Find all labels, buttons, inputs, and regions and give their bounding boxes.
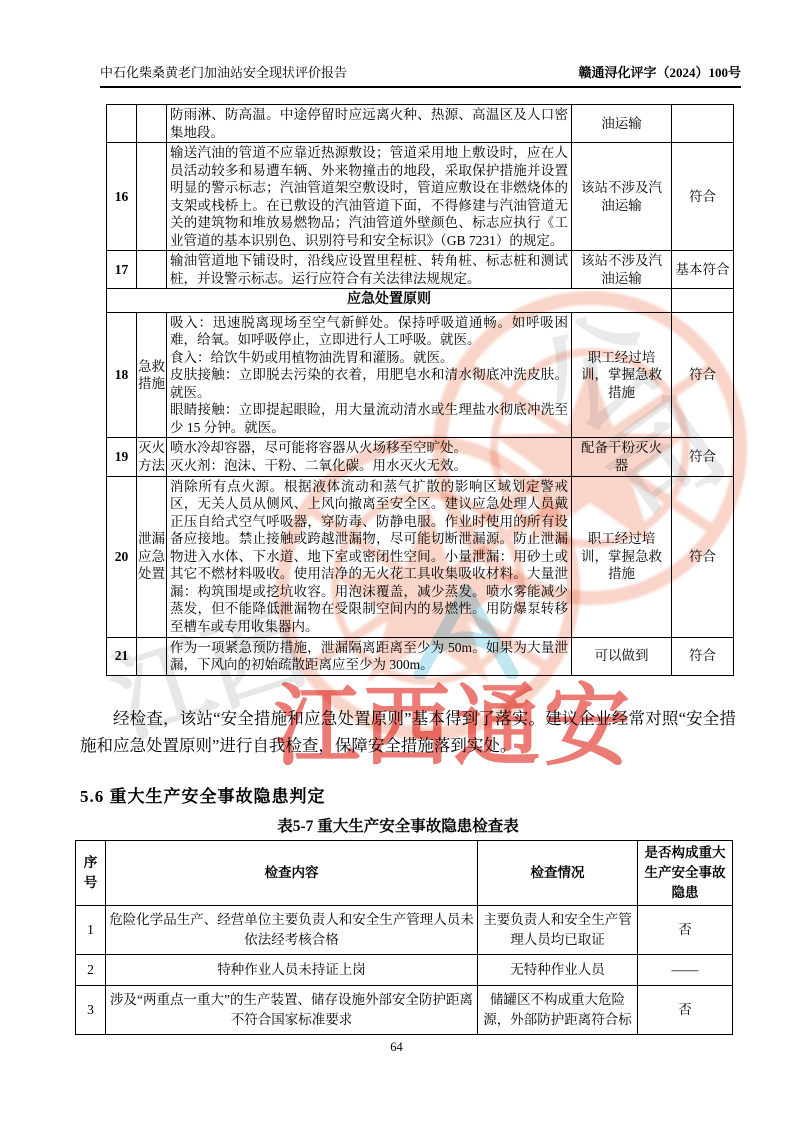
row-no: 18 — [107, 312, 137, 438]
check-situation: 配备干粉灭火器 — [572, 438, 672, 476]
row-no — [107, 105, 137, 143]
check-situation: 可以做到 — [572, 637, 672, 675]
summary-paragraph: 经检查，该站“安全措施和应急处置原则”基本得到了落实。建议企业经常对照“安全措施… — [80, 706, 736, 759]
col-header-situation: 检查情况 — [478, 841, 638, 906]
check-content: 危险化学品生产、经营单位主要负责人和安全生产管理人员未依法经考核合格 — [106, 906, 478, 955]
check-result: 否 — [638, 986, 733, 1035]
row-label — [137, 251, 167, 289]
row-no: 3 — [76, 986, 106, 1035]
row-label — [137, 637, 167, 675]
document-page: 中石化柴桑黄老门加油站安全现状评价报告 赣通浔化评字（2024）100号 防雨淋… — [0, 0, 793, 1122]
check-content: 涉及“两重点一重大”的生产装置、储存设施外部安全防护距离不符合国家标准要求 — [106, 986, 478, 1035]
check-conclusion: 符合 — [672, 476, 734, 637]
check-content: 消除所有点火源。根据液体流动和蒸气扩散的影响区域划定警戒区，无关人员从侧风、上风… — [167, 476, 572, 637]
page-number: 64 — [0, 1040, 793, 1055]
check-conclusion: 符合 — [672, 143, 734, 251]
row-label — [137, 143, 167, 251]
check-content: 防雨淋、防高温。中途停留时应远离火种、热源、高温区及人口密集地段。 — [167, 105, 572, 143]
check-content: 作为一项紧急预防措施，泄漏隔离距离至少为 50m。如果为大量泄漏，下风向的初始疏… — [167, 637, 572, 675]
table-row: 1 危险化学品生产、经营单位主要负责人和安全生产管理人员未依法经考核合格 主要负… — [76, 906, 733, 955]
check-conclusion: 符合 — [672, 438, 734, 476]
table-row: 17 输油管道地下铺设时，沿线应设置里程桩、转角桩、标志桩和测试桩，并设警示标志… — [107, 251, 734, 289]
col-header-content: 检查内容 — [106, 841, 478, 906]
check-content: 特种作业人员未持证上岗 — [106, 955, 478, 986]
header-doc-number: 赣通浔化评字（2024）100号 — [578, 62, 741, 81]
section-header-row: 应急处置原则 — [107, 289, 734, 312]
row-no: 19 — [107, 438, 137, 476]
check-situation: 该站不涉及汽油运输 — [572, 143, 672, 251]
row-no: 2 — [76, 955, 106, 986]
check-situation: 职工经过培训，掌握急救措施 — [572, 312, 672, 438]
table-row: 3 涉及“两重点一重大”的生产装置、储存设施外部安全防护距离不符合国家标准要求 … — [76, 986, 733, 1035]
check-conclusion: 符合 — [672, 312, 734, 438]
check-situation: 主要负责人和安全生产管理人员均已取证 — [478, 906, 638, 955]
header-report-title: 中石化柴桑黄老门加油站安全现状评价报告 — [100, 62, 347, 81]
row-no: 17 — [107, 251, 137, 289]
check-result: —— — [638, 955, 733, 986]
check-content: 输油管道地下铺设时，沿线应设置里程桩、转角桩、标志桩和测试桩，并设警示标志。运行… — [167, 251, 572, 289]
col-header-no: 序号 — [76, 841, 106, 906]
check-situation: 油运输 — [572, 105, 672, 143]
safety-compliance-table: 防雨淋、防高温。中途停留时应远离火种、热源、高温区及人口密集地段。 油运输 16… — [106, 104, 734, 676]
table-row: 18 急救措施 吸入：迅速脱离现场至空气新鲜处。保持呼吸道通畅。如呼吸困难，给氧… — [107, 312, 734, 438]
row-no: 16 — [107, 143, 137, 251]
check-result: 否 — [638, 906, 733, 955]
table-row: 16 输送汽油的管道不应靠近热源敷设；管道采用地上敷设时，应在人员活动较多和易遭… — [107, 143, 734, 251]
row-label: 急救措施 — [137, 312, 167, 438]
table-caption: 表5-7 重大生产安全事故隐患检查表 — [60, 814, 736, 836]
check-situation: 无特种作业人员 — [478, 955, 638, 986]
row-no: 21 — [107, 637, 137, 675]
check-situation: 储罐区不构成重大危险源，外部防护距离符合标 — [478, 986, 638, 1035]
section-header-title: 应急处置原则 — [107, 289, 672, 312]
table-row: 20 泄漏应急处置 消除所有点火源。根据液体流动和蒸气扩散的影响区域划定警戒区，… — [107, 476, 734, 637]
section-heading: 5.6 重大生产安全事故隐患判定 — [80, 782, 326, 807]
page-header: 中石化柴桑黄老门加油站安全现状评价报告 赣通浔化评字（2024）100号 — [100, 62, 741, 88]
table-row: 防雨淋、防高温。中途停留时应远离火种、热源、高温区及人口密集地段。 油运输 — [107, 105, 734, 143]
check-conclusion: 符合 — [672, 637, 734, 675]
check-situation: 该站不涉及汽油运输 — [572, 251, 672, 289]
row-no: 20 — [107, 476, 137, 637]
col-header-result: 是否构成重大生产安全事故隐患 — [638, 841, 733, 906]
row-label: 泄漏应急处置 — [137, 476, 167, 637]
check-conclusion — [672, 105, 734, 143]
row-label — [137, 105, 167, 143]
hazard-check-table: 序号 检查内容 检查情况 是否构成重大生产安全事故隐患 1 危险化学品生产、经营… — [75, 840, 733, 1035]
check-content: 喷水冷却容器，尽可能将容器从火场移至空旷处。 灭火剂：泡沫、干粉、二氧化碳。用水… — [167, 438, 572, 476]
table-row: 21 作为一项紧急预防措施，泄漏隔离距离至少为 50m。如果为大量泄漏，下风向的… — [107, 637, 734, 675]
check-conclusion: 基本符合 — [672, 251, 734, 289]
section-header-empty-cell — [672, 289, 734, 312]
check-content: 输送汽油的管道不应靠近热源敷设；管道采用地上敷设时，应在人员活动较多和易遭车辆、… — [167, 143, 572, 251]
table-row: 19 灭火方法 喷水冷却容器，尽可能将容器从火场移至空旷处。 灭火剂：泡沫、干粉… — [107, 438, 734, 476]
row-label: 灭火方法 — [137, 438, 167, 476]
check-situation: 职工经过培训，掌握急救措施 — [572, 476, 672, 637]
table-row: 2 特种作业人员未持证上岗 无特种作业人员 —— — [76, 955, 733, 986]
hazard-table-header-row: 序号 检查内容 检查情况 是否构成重大生产安全事故隐患 — [76, 841, 733, 906]
check-content: 吸入：迅速脱离现场至空气新鲜处。保持呼吸道通畅。如呼吸困难，给氧。如呼吸停止，立… — [167, 312, 572, 438]
row-no: 1 — [76, 906, 106, 955]
